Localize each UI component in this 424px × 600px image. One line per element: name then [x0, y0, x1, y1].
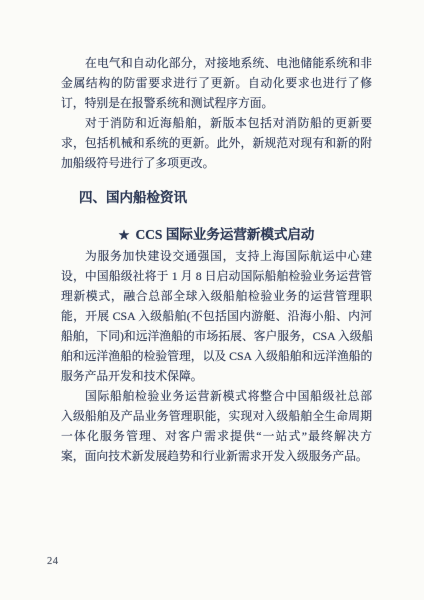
text-line: 案，面向技术新发展趋势和行业新需求开发入级服务产品。 [61, 446, 372, 466]
paragraph-electrical-automation: 在电气和自动化部分，对接地系统、电池储能系统和非 金属结构的防雷要求进行了更新。… [61, 53, 372, 113]
text-line: 舶和远洋渔船的检验管理，以及 CSA 入级船舶和远洋渔船的 [61, 346, 372, 366]
text-line: 为服务加快建设交通强国，支持上海国际航运中心建 [61, 246, 372, 266]
text-line: 国际船舶检验业务运营新模式将整合中国船级社总部 [61, 386, 372, 406]
text-line: 金属结构的防雷要求进行了更新。自动化要求也进行了修 [61, 73, 372, 93]
text-line: 在电气和自动化部分，对接地系统、电池储能系统和非 [61, 53, 372, 73]
star-icon: ★ [119, 228, 130, 242]
paragraph-integration-lifecycle: 国际船舶检验业务运营新模式将整合中国船级社总部 入级船舶及产品业务管理职能，实现… [61, 386, 372, 466]
article-heading-ccs-new-model: ★CCS 国际业务运营新模式启动 [61, 225, 372, 245]
text-line: 求，包括机械和系统的更新。此外，新规范对现有和新的附 [61, 133, 372, 153]
text-line: 能，开展 CSA 入级船舶(不包括国内游艇、沿海小船、内河 [61, 306, 372, 326]
text-line: 对于消防和近海船舶，新版本包括对消防船的更新要 [61, 113, 372, 133]
text-line: 加船级符号进行了多项更改。 [61, 153, 372, 173]
text-line: 理新模式，融合总部全球入级船舶检验业务的运营管理职 [61, 286, 372, 306]
text-line: 设，中国船级社将于 1 月 8 日启动国际船舶检验业务运营管 [61, 266, 372, 286]
document-page: 在电气和自动化部分，对接地系统、电池储能系统和非 金属结构的防雷要求进行了更新。… [0, 0, 424, 600]
article-heading-label: CCS 国际业务运营新模式启动 [135, 227, 314, 242]
document-body: 在电气和自动化部分，对接地系统、电池储能系统和非 金属结构的防雷要求进行了更新。… [61, 53, 372, 466]
text-line: 船舶，下同)和远洋渔船的市场拓展、客户服务，CSA 入级船 [61, 326, 372, 346]
text-line: 入级船舶及产品业务管理职能，实现对入级船舶全生命周期 [61, 406, 372, 426]
text-line: 服务产品开发和技术保障。 [61, 366, 372, 386]
paragraph-fire-offshore: 对于消防和近海船舶，新版本包括对消防船的更新要 求，包括机械和系统的更新。此外，… [61, 113, 372, 173]
text-line: 一体化服务管理、对客户需求提供“一站式”最终解决方 [61, 426, 372, 446]
page-number: 24 [47, 555, 59, 569]
paragraph-new-model-launch: 为服务加快建设交通强国，支持上海国际航运中心建 设，中国船级社将于 1 月 8 … [61, 246, 372, 386]
text-line: 订，特别是在报警系统和测试程序方面。 [61, 93, 372, 113]
section-heading-domestic-survey-news: 四、国内船检资讯 [79, 188, 372, 208]
